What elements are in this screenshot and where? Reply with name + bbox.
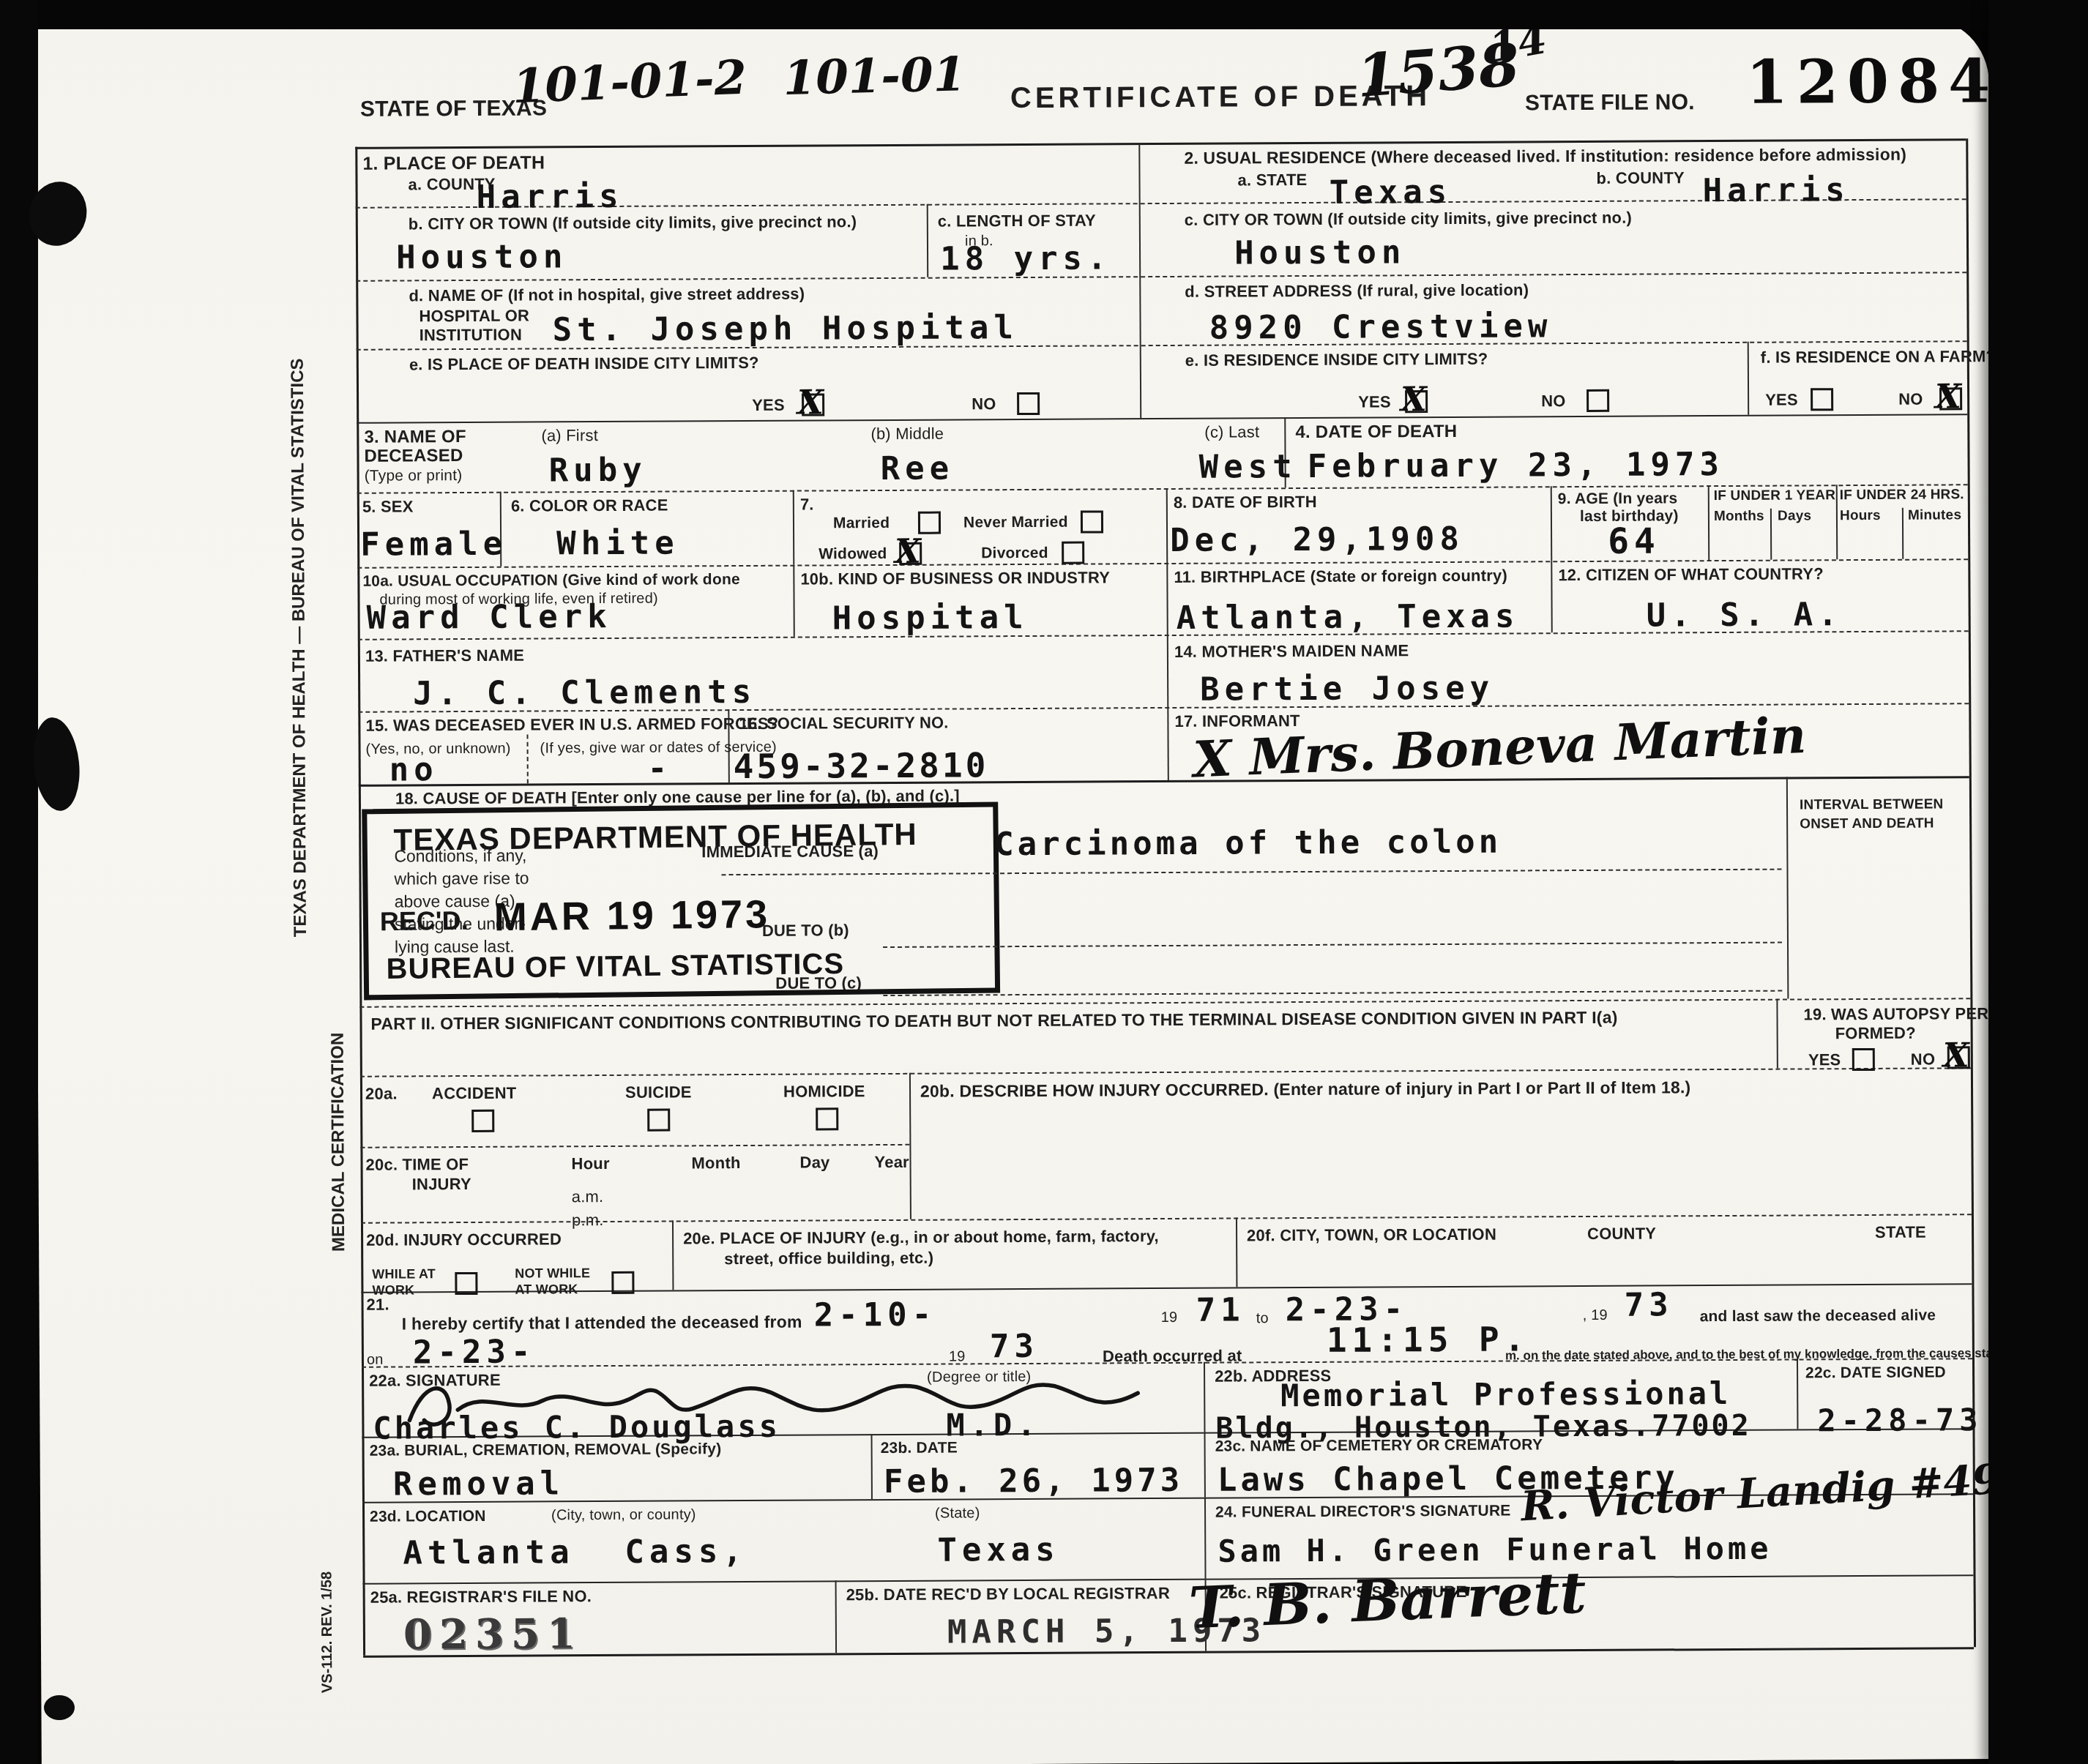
age-value: 64 [1608,520,1660,561]
days-label: Days [1778,508,1811,524]
length-of-stay-value: 18 yrs. [940,239,1112,277]
certify-yr-label-3: 19 [949,1348,966,1365]
certify-to-label: to [1256,1310,1269,1326]
margin-form-number: VS-112. REV. 1/58 [318,1517,336,1693]
location-label: 23d. LOCATION [370,1508,486,1525]
margin-department-text: TEXAS DEPARTMENT OF HEALTH — BUREAU OF V… [288,337,311,937]
injury-20e-label-2: street, office building, etc.) [724,1249,933,1268]
name-title-2: DECEASED [364,446,463,467]
autopsy-no-label: NO [1911,1050,1936,1069]
stamp-date: MAR 19 1973 [494,892,771,940]
marital-never-checkbox [1081,510,1103,533]
certify-yr-label-2: , 19 [1583,1307,1608,1324]
business-label: 10b. KIND OF BUSINESS OR INDUSTRY [800,569,1110,588]
location-county-value: Cass, [624,1533,747,1571]
under-1-year-label: IF UNDER 1 YEAR [1714,487,1835,504]
pod-institution-label-1: d. NAME OF (If not in hospital, give str… [409,285,805,305]
date-signed-label: 22c. DATE SIGNED [1805,1364,1946,1382]
armed-forces-service-value: - [648,750,673,788]
pod-limits-no-checkbox [1017,392,1040,415]
pod-institution-value: St. Joseph Hospital [552,309,1018,348]
mother-value: Bertie Josey [1200,670,1494,709]
pod-county-value: Harris [477,178,624,216]
death-occurred-time: 11:15 P. [1327,1319,1530,1359]
injury-20c-label-2: INJURY [412,1176,471,1194]
residence-limits-yes-checkbox: X [1405,390,1428,413]
birthplace-value: Atlanta, Texas [1177,597,1520,636]
immediate-cause-label: IMMEDIATE CAUSE (a) [701,842,879,862]
attendant-signature-script [402,1365,1149,1436]
hour-label: Hour [571,1155,609,1173]
state-file-no-label: STATE FILE NO. [1525,90,1695,116]
date-signed-value: 2-28-73 [1817,1402,1983,1438]
pod-limits-yes-label: YES [752,397,785,415]
disposition-type-label: 23a. BURIAL, CREMATION, REMOVAL (Specify… [370,1440,722,1460]
name-title-3: (Type or print) [365,467,463,485]
months-label: Months [1714,509,1764,525]
armed-forces-value: no [389,751,439,788]
homicide-checkbox [816,1107,838,1130]
autopsy-no-checkbox: X [1947,1046,1970,1069]
certify-to-year: 73 [1624,1286,1673,1323]
film-border-right [1988,0,2088,1764]
death-certificate-scan: TEXAS DEPARTMENT OF HEALTH — BUREAU OF V… [0,0,2088,1764]
stamp-bureau-text: BUREAU OF VITAL STATISTICS [386,948,844,986]
location-city-value: Atlanta [403,1533,575,1571]
ssn-value: 459-32-2810 [734,745,989,786]
injury-20e-label-1: 20e. PLACE OF INJURY (e.g., in or about … [683,1227,1159,1248]
received-stamp: TEXAS DEPARTMENT OF HEALTH REC'D. MAR 19… [362,802,1000,1001]
certify-from-year: 71 [1196,1291,1245,1328]
immediate-cause-value: Carcinoma of the colon [994,823,1502,864]
marital-married-checkbox [918,512,941,534]
residence-state-label: a. STATE [1237,171,1307,190]
residence-limits-label: e. IS RESIDENCE INSIDE CITY LIMITS? [1185,351,1488,370]
margin-medical-certification-text: MEDICAL CERTIFICATION [327,944,349,1252]
marital-divorced-label: Divorced [981,545,1048,562]
sex-label: 5. SEX [362,498,414,516]
suicide-label: SUICIDE [625,1083,692,1102]
pod-institution-label-3: INSTITUTION [420,326,522,345]
pod-limits-yes-checkbox: X [802,393,824,416]
not-while-label-2: AT WORK [515,1282,578,1297]
residence-limits-no-label: NO [1541,392,1566,411]
residence-farm-no-checkbox: X [1939,387,1962,410]
race-label: 6. COLOR OR RACE [511,497,668,516]
disposition-date-label: 23b. DATE [881,1439,958,1457]
injury-20c-label-1: 20c. TIME OF [365,1156,469,1174]
pod-city-value: Houston [396,238,568,276]
residence-state-value: Texas [1329,173,1452,212]
race-value: White [556,524,679,562]
name-middle-value: Ree [880,450,954,488]
residence-city-value: Houston [1234,233,1406,272]
residence-farm-no-label: NO [1898,391,1923,409]
certify-num: 21. [366,1296,389,1315]
residence-farm-yes-checkbox [1811,388,1833,411]
name-first-label: (a) First [541,427,598,445]
marital-num: 7. [800,496,814,515]
autopsy-label-2: FORMED? [1835,1025,1916,1043]
birthplace-label: 11. BIRTHPLACE (State or foreign country… [1174,567,1507,587]
name-middle-label: (b) Middle [870,425,944,444]
interval-label-1: INTERVAL BETWEEN [1800,796,1943,812]
while-at-work-checkbox [455,1272,477,1295]
under-24-hrs-label: IF UNDER 24 HRS. [1840,487,1964,503]
length-of-stay-label: c. LENGTH OF STAY [938,212,1096,231]
year-label: Year [874,1154,909,1172]
injury-20d-label: 20d. INJURY OCCURRED [366,1230,562,1249]
registrar-file-label: 25a. REGISTRAR'S FILE NO. [370,1588,592,1607]
day-label: Day [799,1154,829,1172]
film-border-left [0,0,38,1764]
dob-value: Dec, 29,1908 [1170,520,1464,559]
month-label: Month [691,1154,740,1173]
homicide-label: HOMICIDE [783,1083,865,1101]
interval-label-2: ONSET AND DEATH [1800,815,1934,831]
registrar-recd-label: 25b. DATE REC'D BY LOCAL REGISTRAR [846,1585,1170,1604]
minutes-label: Minutes [1908,507,1961,523]
accident-checkbox [471,1110,494,1132]
pm-label: p.m. [572,1211,604,1230]
marital-widowed-label: Widowed [819,545,887,563]
certify-seen-date: 2-23- [413,1334,536,1372]
certify-line2-suffix: m. on the date stated above, and to the … [1505,1346,2015,1363]
autopsy-yes-label: YES [1808,1051,1841,1069]
stamp-recd-text: REC'D. [380,905,469,937]
pod-institution-label-2: HOSPITAL OR [419,307,529,326]
date-of-death-label: 4. DATE OF DEATH [1295,422,1457,443]
mother-label: 14. MOTHER'S MAIDEN NAME [1174,642,1409,661]
date-of-death-value: February 23, 1973 [1307,446,1724,485]
citizenship-value: U. S. A. [1647,596,1843,634]
location-state-value: Texas [937,1531,1060,1569]
not-while-checkbox [611,1271,634,1294]
age-label-1: 9. AGE (In years [1558,490,1678,507]
residence-city-label: c. CITY OR TOWN (If outside city limits,… [1185,209,1632,230]
residence-county-label: b. COUNTY [1596,169,1684,187]
residence-title: 2. USUAL RESIDENCE (Where deceased lived… [1184,146,1906,168]
pod-limits-label: e. IS PLACE OF DEATH INSIDE CITY LIMITS? [409,354,759,374]
father-label: 13. FATHER'S NAME [365,647,524,666]
pod-city-label: b. CITY OR TOWN (If outside city limits,… [409,213,857,233]
certify-seen-year: 73 [990,1328,1039,1365]
handwritten-code-2: 101-01 [783,47,966,106]
business-value: Hospital [832,599,1029,637]
handwritten-code-1: 101-01-2 [511,50,747,114]
suicide-checkbox [647,1109,670,1132]
location-sublabel-1: (City, town, or county) [551,1506,696,1523]
occupation-value: Ward Clerk [367,598,612,637]
funeral-director-label: 24. FUNERAL DIRECTOR'S SIGNATURE [1215,1503,1511,1522]
film-border-top [0,0,2088,29]
residence-limits-yes-label: YES [1358,393,1391,411]
certify-from-date: 2-10- [814,1296,937,1334]
injury-20f-state-label: STATE [1875,1224,1926,1242]
place-of-death-title: 1. PLACE OF DEATH [362,152,545,173]
father-value: J. C. Clements [413,673,756,712]
marital-never-label: Never Married [963,514,1068,531]
residence-farm-yes-label: YES [1765,391,1798,409]
location-sublabel-2: (State) [935,1505,980,1522]
not-while-label-1: NOT WHILE [515,1266,590,1281]
armed-forces-label: 15. WAS DECEASED EVER IN U.S. ARMED FORC… [365,715,778,736]
pod-limits-no-label: NO [972,395,996,414]
injury-20a-num: 20a. [365,1085,398,1103]
name-title-1: 3. NAME OF [364,427,466,448]
certify-on-label: on [367,1352,384,1369]
name-last-label: (c) Last [1204,423,1259,441]
while-at-work-label-1: WHILE AT [372,1266,436,1282]
marital-divorced-checkbox [1062,542,1084,564]
dob-label: 8. DATE OF BIRTH [1174,493,1317,512]
autopsy-yes-checkbox [1852,1048,1875,1071]
citizenship-label: 12. CITIZEN OF WHAT COUNTRY? [1558,565,1824,585]
name-first-value: Ruby [548,452,646,490]
disposition-date-value: Feb. 26, 1973 [884,1462,1184,1500]
residence-county-value: Harris [1702,171,1849,209]
sex-value: Female [360,526,507,564]
certify-yr-label-1: 19 [1161,1309,1178,1326]
injury-20f-label: 20f. CITY, TOWN, OR LOCATION [1247,1226,1496,1245]
residence-street-value: 8920 Crestview [1209,307,1552,346]
marital-married-label: Married [833,515,890,532]
certify-line1-prefix: I hereby certify that I attended the dec… [402,1313,802,1334]
cemetery-label: 23c. NAME OF CEMETERY OR CREMATORY [1215,1436,1543,1455]
tilted-scan-content: TEXAS DEPARTMENT OF HEALTH — BUREAU OF V… [0,0,2088,1764]
scan-artifact-speck [44,1695,75,1720]
due-to-b-label: DUE TO (b) [762,922,849,940]
state-file-number-stamp: 12084 [1746,46,1999,118]
autopsy-label-1: 19. WAS AUTOPSY PER- [1803,1005,1994,1024]
occupation-label-1: 10a. USUAL OCCUPATION (Give kind of work… [362,571,740,590]
disposition-type-value: Removal [393,1465,565,1503]
injury-20f-county-label: COUNTY [1587,1225,1656,1243]
am-label: a.m. [572,1188,604,1206]
marital-widowed-checkbox: X [899,542,922,565]
name-last-value: West [1198,448,1297,486]
certify-line1-suffix: and last saw the deceased alive [1700,1307,1936,1325]
death-occurred-label: Death occurred at [1103,1347,1242,1366]
residence-farm-label: f. IS RESIDENCE ON A FARM? [1761,348,1996,367]
accident-label: ACCIDENT [432,1085,516,1103]
residence-limits-no-checkbox [1586,389,1609,412]
address-line-1: Memorial Professional [1280,1375,1731,1413]
hours-label: Hours [1840,508,1881,524]
registrar-file-value: 02351 [403,1610,583,1659]
ssn-label: 16. SOCIAL SECURITY NO. [739,714,948,733]
injury-20b-label: 20b. DESCRIBE HOW INJURY OCCURRED. (Ente… [920,1078,1690,1101]
residence-street-label: d. STREET ADDRESS (If rural, give locati… [1185,281,1529,301]
